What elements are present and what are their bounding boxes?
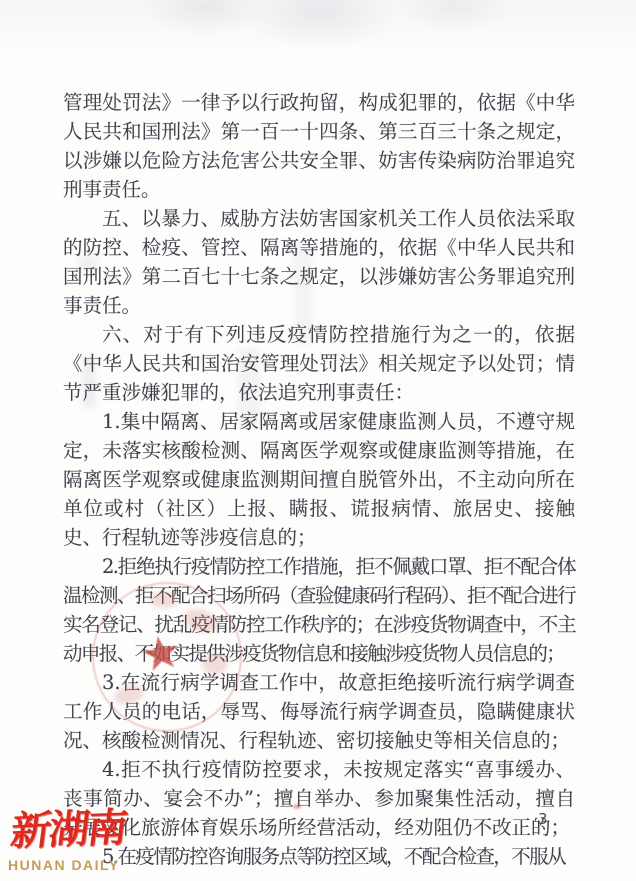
scan-artifact [293, 804, 301, 809]
logo-chinese-text: 新湖南 [8, 802, 195, 856]
document-body: 管理处罚法》一律予以行政拘留，构成犯罪的，依据《中华人民共和国刑法》第一百一十四… [63, 88, 575, 871]
paragraph: 五、以暴力、威胁方法妨害国家机关工作人员依法采取的防控、检疫、管控、隔离等措施的… [63, 204, 575, 320]
page-number: 3 [538, 810, 548, 828]
hunan-daily-logo: 新湖南 HUNAN DAILY [8, 808, 188, 873]
paragraph: 3.在流行病学调查工作中，故意拒绝接听流行病学调查工作人员的电话，辱骂、侮辱流行… [63, 668, 575, 755]
logo-english-text: HUNAN DAILY [8, 857, 188, 873]
scanned-document-page: { "document": { "paragraphs": [ {"indent… [0, 0, 636, 881]
paragraph: 六、对于有下列违反疫情防控措施行为之一的，依据《中华人民共和国治安管理处罚法》相… [63, 320, 575, 407]
paragraph: 管理处罚法》一律予以行政拘留，构成犯罪的，依据《中华人民共和国刑法》第一百一十四… [63, 88, 575, 204]
scan-shadow [0, 0, 636, 70]
paragraph: 1.集中隔离、居家隔离或居家健康监测人员，不遵守规定，未落实核酸检测、隔离医学观… [63, 407, 575, 552]
paragraph: 2.拒绝执行疫情防控工作措施，拒不佩戴口罩、拒不配合体温检测、拒不配合扫场所码（… [63, 552, 575, 668]
document-page: 管理处罚法》一律予以行政拘留，构成犯罪的，依据《中华人民共和国刑法》第一百一十四… [0, 0, 636, 881]
